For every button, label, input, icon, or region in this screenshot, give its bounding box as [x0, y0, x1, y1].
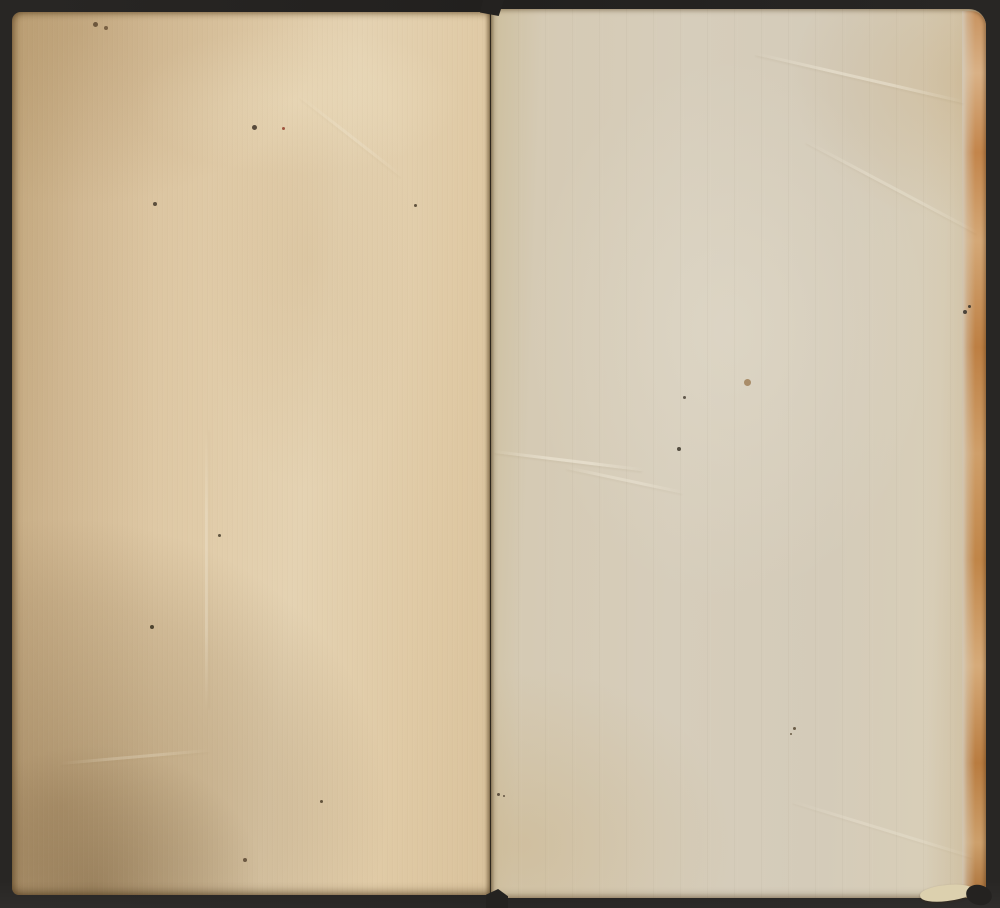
- paper-crease: [205, 430, 208, 710]
- paper-speck: [744, 379, 751, 386]
- paper-speck: [677, 447, 681, 451]
- paper-speck: [282, 127, 285, 130]
- paper-speck: [963, 310, 967, 314]
- paper-speck: [150, 625, 154, 629]
- paper-speck: [218, 534, 221, 537]
- paper-speck: [320, 800, 323, 803]
- paper-speck: [968, 305, 971, 308]
- paper-speck: [93, 22, 98, 27]
- paper-speck: [243, 858, 247, 862]
- paper-speck: [252, 125, 257, 130]
- paper-speck: [793, 727, 796, 730]
- fore-edge-strip: [962, 11, 986, 896]
- paper-speck: [503, 795, 505, 797]
- paper-speck: [414, 204, 417, 207]
- paper-speck: [790, 733, 792, 735]
- paper-speck: [497, 793, 500, 796]
- paper-speck: [104, 26, 108, 30]
- book-scan-spread: [0, 0, 1000, 908]
- paper-speck: [153, 202, 157, 206]
- right-page: [491, 9, 986, 898]
- paper-speck: [683, 396, 686, 399]
